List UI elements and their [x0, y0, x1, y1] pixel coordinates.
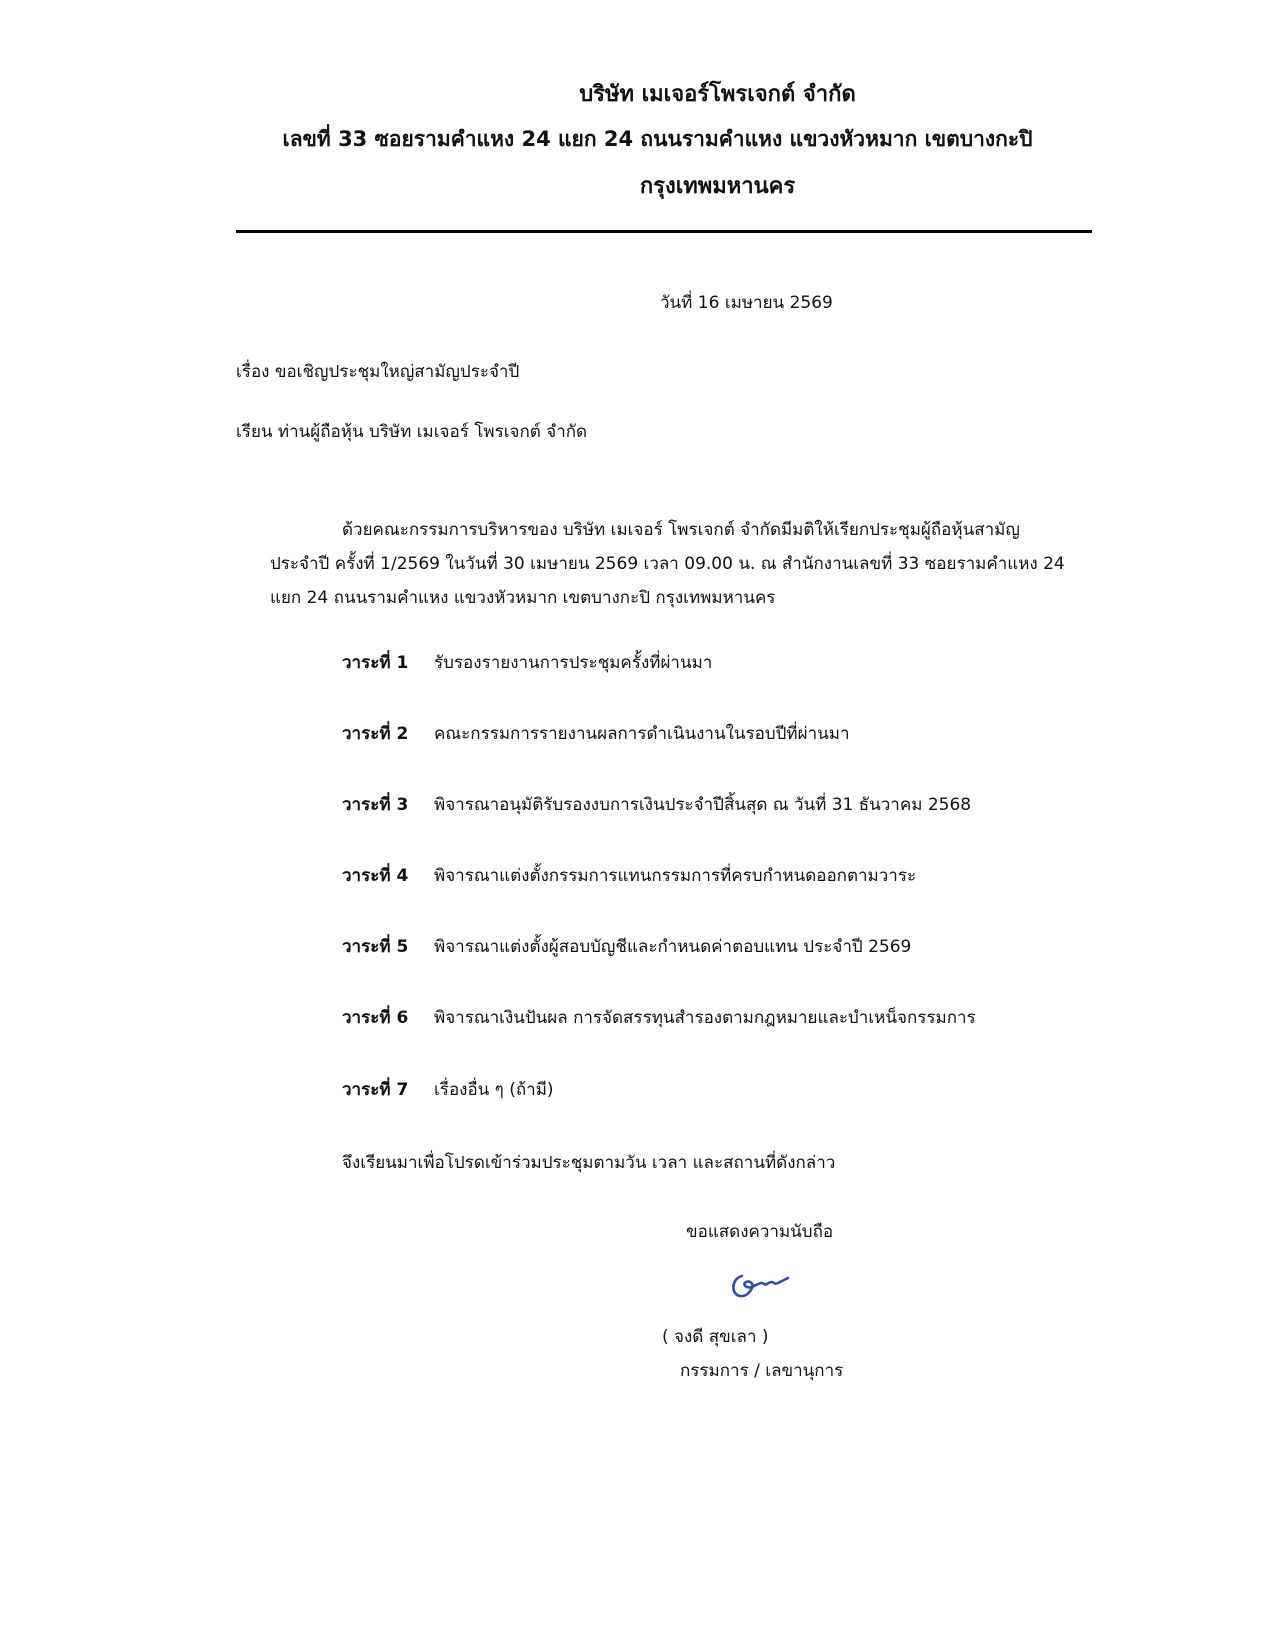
signatory-title: กรรมการ / เลขานุการ: [680, 1357, 843, 1384]
paragraph-line-3: แยก 24 ถนนรามคำแหง แขวงหัวหมาก เขตบางกะป…: [270, 584, 1110, 611]
regards: ขอแสดงความนับถือ: [686, 1218, 833, 1245]
paragraph-line-1: ด้วยคณะกรรมการบริหารของ บริษัท เมเจอร์ โ…: [342, 516, 1182, 543]
agenda-number: วาระที่ 1: [342, 649, 434, 676]
signatory-name: ( จงดี สุขเลา ): [662, 1323, 769, 1350]
agenda-item: วาระที่ 5พิจารณาแต่งตั้งผู้สอบบัญชีและกำ…: [342, 933, 911, 960]
signature-icon: [728, 1266, 798, 1302]
header-divider: [236, 230, 1092, 233]
agenda-number: วาระที่ 7: [342, 1076, 434, 1103]
closing-statement: จึงเรียนมาเพื่อโปรดเข้าร่วมประชุมตามวัน …: [342, 1149, 835, 1176]
company-city: กรุงเทพมหานคร: [80, 168, 1275, 203]
agenda-text: คณะกรรมการรายงานผลการดำเนินงานในรอบปีที่…: [434, 724, 850, 744]
agenda-number: วาระที่ 6: [342, 1004, 434, 1031]
agenda-text: พิจารณาแต่งตั้งผู้สอบบัญชีและกำหนดค่าตอบ…: [434, 937, 911, 957]
letter-subject: เรื่อง ขอเชิญประชุมใหญ่สามัญประจำปี: [236, 358, 519, 385]
agenda-item: วาระที่ 4พิจารณาแต่งตั้งกรรมการแทนกรรมกา…: [342, 862, 916, 889]
agenda-item: วาระที่ 7เรื่องอื่น ๆ (ถ้ามี): [342, 1076, 554, 1103]
agenda-text: รับรองรายงานการประชุมครั้งที่ผ่านมา: [434, 653, 712, 673]
company-name: บริษัท เมเจอร์โพรเจกต์ จำกัด: [80, 76, 1275, 111]
agenda-item: วาระที่ 2คณะกรรมการรายงานผลการดำเนินงานใ…: [342, 720, 850, 747]
agenda-item: วาระที่ 1รับรองรายงานการประชุมครั้งที่ผ่…: [342, 649, 712, 676]
company-address: เลขที่ 33 ซอยรามคำแหง 24 แยก 24 ถนนรามคำ…: [20, 123, 1275, 156]
agenda-number: วาระที่ 5: [342, 933, 434, 960]
agenda-number: วาระที่ 3: [342, 791, 434, 818]
agenda-text: เรื่องอื่น ๆ (ถ้ามี): [434, 1080, 554, 1100]
agenda-item: วาระที่ 3พิจารณาอนุมัติรับรองงบการเงินปร…: [342, 791, 971, 818]
agenda-number: วาระที่ 4: [342, 862, 434, 889]
agenda-text: พิจารณาแต่งตั้งกรรมการแทนกรรมการที่ครบกำ…: [434, 866, 916, 886]
agenda-text: พิจารณาอนุมัติรับรองงบการเงินประจำปีสิ้น…: [434, 795, 971, 815]
letter-date: วันที่ 16 เมษายน 2569: [660, 289, 833, 316]
letter-recipient: เรียน ท่านผู้ถือหุ้น บริษัท เมเจอร์ โพรเ…: [236, 418, 587, 445]
agenda-text: พิจารณาเงินปันผล การจัดสรรทุนสำรองตามกฎห…: [434, 1008, 976, 1028]
paragraph-line-2: ประจำปี ครั้งที่ 1/2569 ในวันที่ 30 เมษา…: [270, 550, 1110, 577]
agenda-number: วาระที่ 2: [342, 720, 434, 747]
agenda-item: วาระที่ 6พิจารณาเงินปันผล การจัดสรรทุนสำ…: [342, 1004, 976, 1031]
